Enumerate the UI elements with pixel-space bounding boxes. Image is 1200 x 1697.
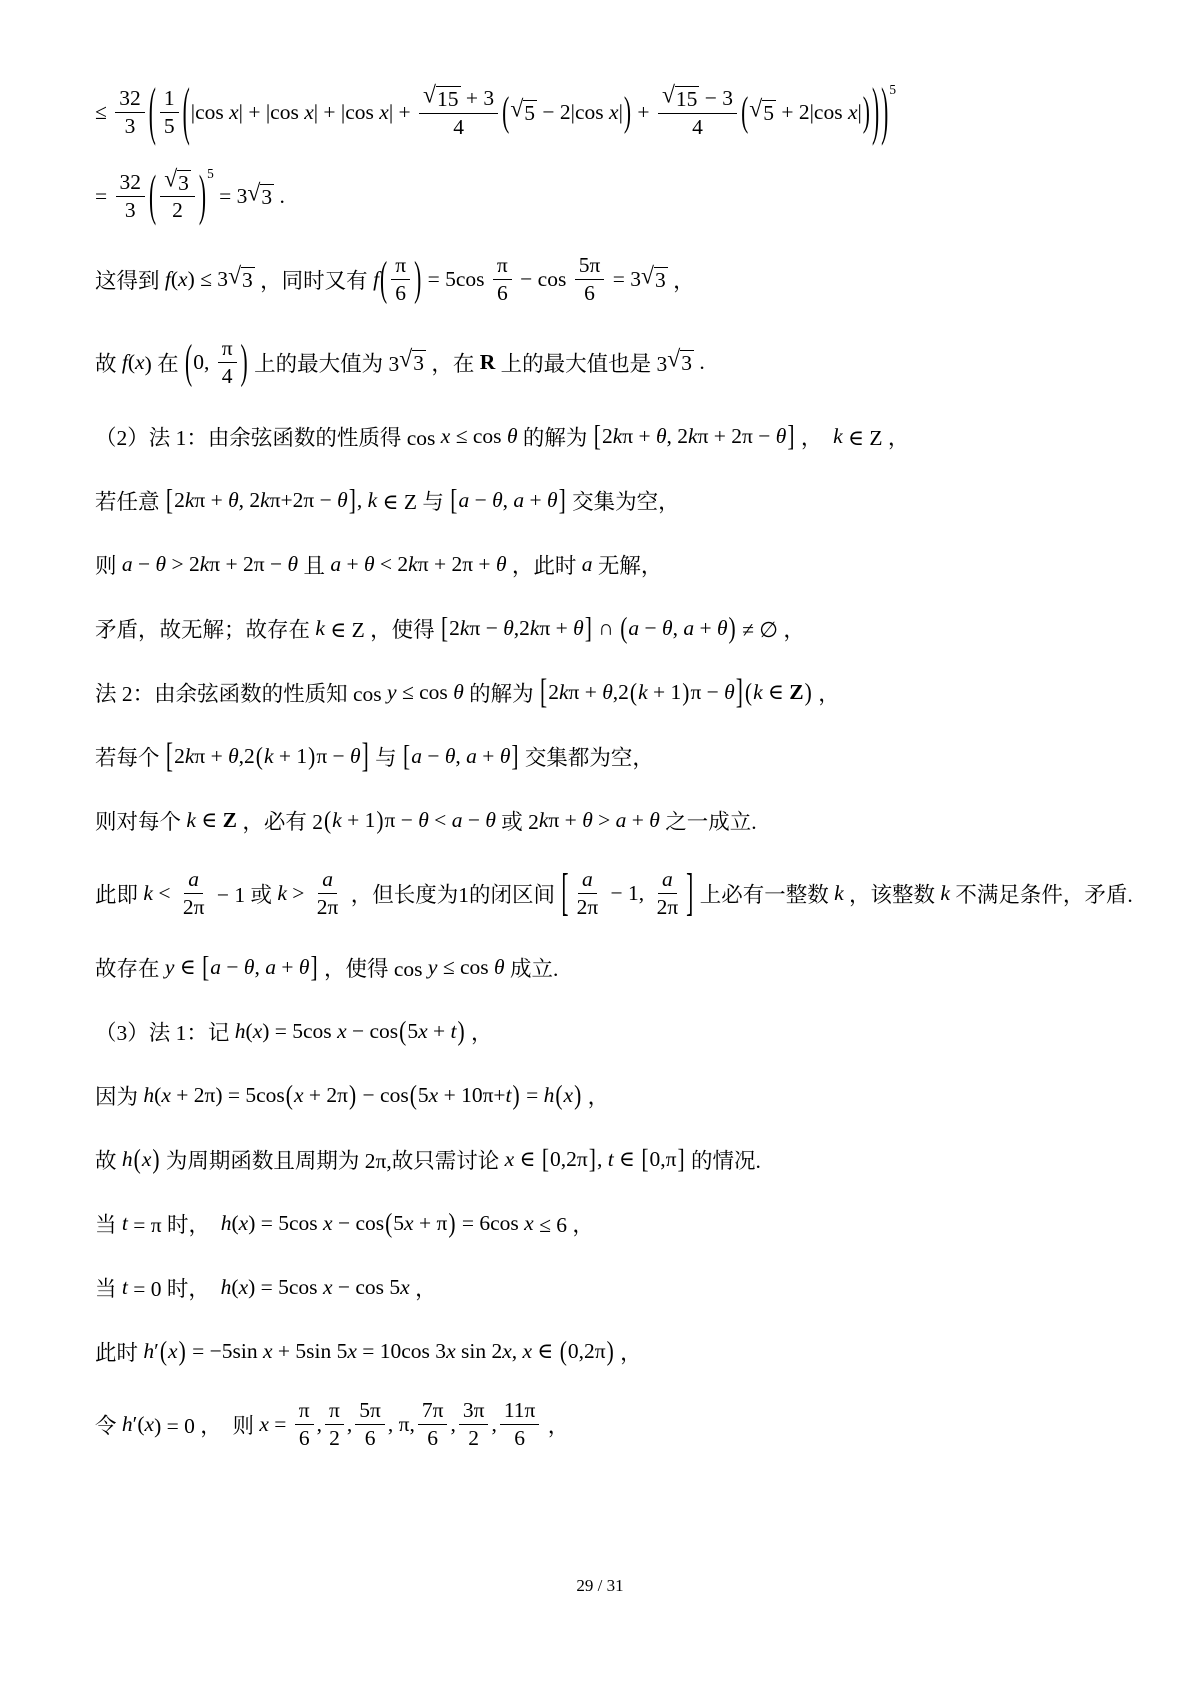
stretched-delimiter: ) xyxy=(307,741,316,771)
math-text: 3 xyxy=(178,171,189,195)
stretched-delimiter: ( xyxy=(744,677,753,707)
fraction-denominator: 6 xyxy=(493,280,512,306)
stretched-delimiter: [ xyxy=(593,419,602,454)
math-text: ∈ Z 与 xyxy=(377,485,449,516)
fraction-denominator: 3 xyxy=(121,113,140,139)
math-text: 32 xyxy=(120,170,142,195)
math-text: ) = 0 ， 则 xyxy=(154,1409,259,1440)
math-variable: k xyxy=(264,744,274,769)
fraction-denominator: 2 xyxy=(464,1425,483,1451)
stretched-delimiter: ( xyxy=(133,1143,142,1176)
stretched-delimiter: ) xyxy=(681,677,690,707)
fraction: π6 xyxy=(493,253,512,306)
fraction: 323 xyxy=(115,86,145,139)
formula-line-18: 当 t = 0 时， h(x) = 5cos x − cos 5x ， xyxy=(95,1270,1130,1304)
stretched-delimiter: ) xyxy=(880,75,889,150)
math-variable: h xyxy=(221,1275,232,1300)
fraction: π2 xyxy=(325,1398,344,1451)
math-text: ， xyxy=(668,264,695,295)
math-variable: x xyxy=(446,1339,456,1364)
math-text: 2 xyxy=(172,198,183,223)
formula-line-11: 则对每个 k ∈ Z ，必有 2(k + 1)π − θ < a − θ 或 2… xyxy=(95,803,1130,837)
math-text: 6 xyxy=(497,281,508,306)
fraction: π6 xyxy=(391,253,410,306)
math-text: ≤ cos xyxy=(397,680,454,705)
math-variable: h xyxy=(235,1019,246,1044)
math-variable: h xyxy=(544,1083,555,1108)
math-text: − xyxy=(133,552,156,577)
math-text: = 0 时， xyxy=(128,1272,221,1303)
fraction: 7π6 xyxy=(418,1398,448,1451)
stretched-delimiter: ( xyxy=(379,252,388,307)
math-variable: θ xyxy=(228,488,239,513)
fraction: 5π6 xyxy=(355,1398,385,1451)
radicand: 5 xyxy=(762,100,776,126)
radicand: 3 xyxy=(241,267,255,293)
fraction-numerator: π xyxy=(493,253,512,280)
math-variable: θ xyxy=(582,808,593,833)
math-variable: x xyxy=(239,1211,249,1236)
fraction: π4 xyxy=(218,336,237,389)
math-variable: x xyxy=(524,1211,534,1236)
math-text: 5 xyxy=(164,114,175,139)
math-variable: x xyxy=(400,1275,410,1300)
math-text: π xyxy=(222,336,233,361)
stretched-delimiter: ( xyxy=(559,1335,568,1368)
math-text: ) = 5cos xyxy=(248,1275,323,1300)
math-text: 2π xyxy=(317,895,339,920)
stretched-delimiter: ) xyxy=(348,1079,357,1112)
math-variable: k xyxy=(753,680,763,705)
math-text: 当 xyxy=(95,1208,122,1239)
math-variable: x xyxy=(502,1339,512,1364)
math-text: π xyxy=(497,253,508,278)
stretched-delimiter: ( xyxy=(148,164,157,229)
math-text: < xyxy=(153,881,176,906)
formula-line-20: 令 h′(x) = 0 ， 则 x = π6,π2,5π6, π,7π6,3π2… xyxy=(95,1398,1130,1451)
math-text: = xyxy=(95,184,113,209)
math-text: 故存在 xyxy=(95,952,165,983)
stretched-delimiter: ( xyxy=(159,1335,168,1368)
stretched-delimiter: ) xyxy=(447,1207,456,1240)
math-variable: k xyxy=(185,744,195,769)
math-text: − 3 xyxy=(699,86,733,111)
math-text: ,2 xyxy=(613,680,629,705)
stretched-delimiter: ( xyxy=(409,1079,418,1112)
math-variable: θ xyxy=(776,424,787,449)
math-text: ， xyxy=(582,1080,609,1111)
math-text: ∈ xyxy=(532,1339,559,1364)
stretched-delimiter: ] xyxy=(510,739,519,774)
math-variable: k xyxy=(332,808,342,833)
math-text: ≤ 6 ， xyxy=(534,1208,594,1239)
math-variable: θ xyxy=(445,744,456,769)
fraction-denominator: 2 xyxy=(168,197,187,223)
stretched-delimiter: ) xyxy=(512,1079,521,1112)
math-text: ∈ Z ，使得 xyxy=(325,613,440,644)
formula-line-14: （3）法 1：记 h(x) = 5cos x − cos(5x + t) ， xyxy=(95,1014,1130,1048)
math-text: ) = 5cos xyxy=(248,1211,323,1236)
math-text: 令 xyxy=(95,1409,122,1440)
fraction-denominator: 2π xyxy=(313,894,343,920)
math-variable: x xyxy=(323,1211,333,1236)
math-variable: θ xyxy=(156,552,167,577)
math-text: 2π xyxy=(657,895,679,920)
math-text: 3 xyxy=(681,351,692,375)
radicand: 5 xyxy=(523,100,537,126)
math-variable: h xyxy=(143,1339,154,1364)
radical-sign-icon: √ xyxy=(510,99,523,123)
math-text: + xyxy=(428,1019,451,1044)
math-variable: a xyxy=(616,808,627,833)
math-text: π − xyxy=(690,680,724,705)
fraction-denominator: 2π xyxy=(179,894,209,920)
math-bold-symbol: Z xyxy=(789,680,803,705)
stretched-delimiter: ) xyxy=(606,1335,615,1368)
math-text: ( xyxy=(231,1275,238,1300)
math-text: ( xyxy=(231,1211,238,1236)
fraction: 5π6 xyxy=(575,253,605,306)
math-variable: k xyxy=(539,808,549,833)
math-variable: x xyxy=(178,267,188,292)
math-variable: k xyxy=(277,881,287,906)
math-text: 与 xyxy=(370,741,402,772)
math-text: − 1, xyxy=(605,881,649,906)
stretched-delimiter: ] xyxy=(588,1143,597,1176)
math-variable: x xyxy=(304,100,314,125)
math-text: 32 xyxy=(119,86,141,111)
math-variable: y xyxy=(165,955,175,980)
math-variable: x xyxy=(418,1019,428,1044)
math-variable: θ xyxy=(547,488,558,513)
math-text: , xyxy=(357,488,368,513)
math-text: > 2 xyxy=(166,552,200,577)
formula-line-15: 因为 h(x + 2π) = 5cos(x + 2π) − cos(5x + 1… xyxy=(95,1078,1130,1112)
radical-sign-icon: √ xyxy=(164,168,177,192)
math-text: − cos xyxy=(333,1211,385,1236)
math-variable: a xyxy=(411,744,422,769)
radical: √5 xyxy=(749,100,776,126)
stretched-delimiter: ( xyxy=(554,1079,563,1112)
math-text: ，此时 xyxy=(507,549,582,580)
math-text: 4 xyxy=(222,364,233,389)
radicand: 3 xyxy=(412,350,426,376)
fraction: a2π xyxy=(573,867,603,920)
math-variable: k xyxy=(143,881,153,906)
radical-sign-icon: √ xyxy=(399,349,412,373)
radical: √15 xyxy=(423,86,460,112)
math-text: 3 xyxy=(242,268,253,292)
math-variable: x xyxy=(253,1019,263,1044)
stretched-delimiter: ( xyxy=(629,677,638,707)
fraction-denominator: 2π xyxy=(573,894,603,920)
math-text: 5 xyxy=(524,101,535,125)
math-variable: x xyxy=(142,1147,152,1172)
math-text: 故 xyxy=(95,1144,122,1175)
math-text: − cos xyxy=(347,1019,399,1044)
math-variable: k xyxy=(315,616,325,641)
math-variable: x xyxy=(161,1083,171,1108)
math-text: , 2 xyxy=(667,424,689,449)
math-text: , xyxy=(347,1412,352,1437)
math-variable: θ xyxy=(228,744,239,769)
math-variable: x xyxy=(609,100,619,125)
math-text: ∈ xyxy=(514,1147,541,1172)
math-text: 矛盾，故无解；故存在 xyxy=(95,613,315,644)
math-text: π − xyxy=(316,744,350,769)
stretched-delimiter: ) xyxy=(728,611,737,646)
fraction: √15 − 34 xyxy=(658,86,737,140)
math-text: ∈ Z ， xyxy=(843,421,910,452)
stretched-delimiter: ) xyxy=(375,805,384,835)
stretched-delimiter: ) xyxy=(871,75,880,150)
stretched-delimiter: [ xyxy=(402,739,411,774)
math-variable: θ xyxy=(364,552,375,577)
math-text: − xyxy=(639,616,662,641)
math-variable: h xyxy=(122,1147,133,1172)
stretched-delimiter: ) xyxy=(240,335,249,390)
math-bold-symbol: R xyxy=(480,350,496,375)
fraction-denominator: 6 xyxy=(423,1425,442,1451)
math-variable: a xyxy=(188,867,199,892)
math-text: 若任意 xyxy=(95,485,165,516)
math-text: 0,π xyxy=(650,1147,677,1172)
formula-line-6: 若任意 [2kπ + θ, 2kπ+2π − θ], k ∈ Z 与 [a − … xyxy=(95,483,1130,517)
math-text: > xyxy=(593,808,616,833)
math-variable: x xyxy=(259,1412,269,1437)
math-text: 这得到 xyxy=(95,264,165,295)
math-text: , xyxy=(597,1147,608,1172)
math-text: sin 2 xyxy=(456,1339,503,1364)
fraction-numerator: a xyxy=(318,867,337,894)
math-text: 交集都为空， xyxy=(520,741,654,772)
stretched-delimiter: ] xyxy=(685,864,694,924)
radical: √3 xyxy=(164,170,191,196)
stretched-delimiter: ( xyxy=(384,1207,393,1240)
page-number: 29 / 31 xyxy=(0,1576,1200,1596)
math-text: = 6cos xyxy=(457,1211,525,1236)
math-text: ,2 xyxy=(239,744,255,769)
math-text: ≤ cos xyxy=(437,955,494,980)
math-text: 2π xyxy=(183,895,205,920)
math-text: , xyxy=(503,488,514,513)
math-text: = 3 xyxy=(607,267,641,292)
stretched-delimiter: [ xyxy=(449,483,458,518)
math-text: ∈ xyxy=(614,1147,641,1172)
math-variable: a xyxy=(582,552,593,577)
stretched-delimiter: ] xyxy=(677,1143,686,1176)
math-text: = −5sin xyxy=(187,1339,263,1364)
math-variable: x xyxy=(294,1083,304,1108)
math-variable: a xyxy=(683,616,694,641)
math-variable: y xyxy=(428,955,438,980)
math-text: ∈ xyxy=(763,680,790,705)
fraction-numerator: √15 + 3 xyxy=(419,86,498,114)
math-text: ，该整数 xyxy=(844,878,941,909)
math-text: 5π xyxy=(359,1398,381,1423)
math-variable: k xyxy=(940,881,950,906)
math-text: 当 xyxy=(95,1272,122,1303)
math-text: + xyxy=(341,552,364,577)
fraction-numerator: a xyxy=(578,867,597,894)
math-text: 5 xyxy=(393,1211,404,1236)
fraction-numerator: 5π xyxy=(575,253,605,280)
fraction-numerator: π xyxy=(295,1398,314,1425)
math-text: 2 xyxy=(602,424,613,449)
math-text: π+2π − xyxy=(270,488,337,513)
math-text: 2 xyxy=(449,616,460,641)
math-variable: x xyxy=(505,1147,515,1172)
stretched-delimiter: ( xyxy=(323,805,332,835)
radical-sign-icon: √ xyxy=(247,182,260,206)
math-variable: θ xyxy=(503,616,514,641)
math-text: − cos xyxy=(357,1083,409,1108)
math-text: ∈ xyxy=(174,955,201,980)
math-variable: h xyxy=(122,1412,133,1437)
fraction: √15 + 34 xyxy=(419,86,498,140)
fraction: a2π xyxy=(313,867,343,920)
math-text: = 5cos xyxy=(422,267,490,292)
formula-line-1: ≤ 323(15(|cos x| + |cos x| + |cos x| + √… xyxy=(95,86,1130,140)
math-text: 11π xyxy=(504,1398,536,1423)
math-text: ， xyxy=(615,1336,642,1367)
math-variable: θ xyxy=(602,680,613,705)
math-variable: k xyxy=(833,424,843,449)
math-text: 或 2 xyxy=(496,805,539,836)
math-text: ∩ xyxy=(593,616,619,641)
fraction-denominator: 6 xyxy=(361,1425,380,1451)
stretched-delimiter: ] xyxy=(786,419,795,454)
math-text: 3 xyxy=(413,351,424,375)
math-text: π + 2π − xyxy=(698,424,776,449)
math-text: （2）法 1：由余弦函数的性质得 cos xyxy=(95,421,441,452)
math-text: π + 2π + xyxy=(418,552,496,577)
radicand: 3 xyxy=(177,170,191,196)
formula-line-9: 法 2：由余弦函数的性质知 cos y ≤ cos θ 的解为 [2kπ + θ… xyxy=(95,675,1130,709)
fraction-denominator: 2π xyxy=(653,894,683,920)
fraction-numerator: 7π xyxy=(418,1398,448,1425)
math-text: 上必有一整数 xyxy=(694,878,834,909)
radical-sign-icon: √ xyxy=(423,85,436,109)
math-variable: k xyxy=(834,881,844,906)
math-variable: a xyxy=(322,867,333,892)
math-text: − cos 5 xyxy=(332,1275,400,1300)
math-variable: θ xyxy=(507,424,518,449)
math-variable: θ xyxy=(494,955,505,980)
math-variable: k xyxy=(185,488,195,513)
math-text: 5 xyxy=(207,166,214,181)
radical: √3 xyxy=(641,267,668,293)
stretched-delimiter: ) xyxy=(198,164,207,229)
fraction: √32 xyxy=(160,170,195,224)
radicand: 3 xyxy=(680,350,694,376)
radical-sign-icon: √ xyxy=(667,349,680,373)
math-text: ， xyxy=(796,421,834,452)
math-variable: θ xyxy=(418,808,429,833)
radicand: 3 xyxy=(260,184,274,210)
math-text: 成立. xyxy=(505,952,559,983)
math-text: . xyxy=(694,350,705,375)
math-text: 2 xyxy=(174,744,185,769)
math-text: + xyxy=(626,808,649,833)
math-text: , xyxy=(491,1412,496,1437)
math-text: π + xyxy=(622,424,656,449)
math-variable: k xyxy=(460,616,470,641)
math-text: π + xyxy=(539,616,573,641)
math-variable: x xyxy=(337,1019,347,1044)
stretched-delimiter: ) xyxy=(862,89,871,137)
math-variable: a xyxy=(513,488,524,513)
math-text: > xyxy=(287,881,310,906)
math-variable: θ xyxy=(573,616,584,641)
math-variable: θ xyxy=(337,488,348,513)
fraction: 11π6 xyxy=(500,1398,540,1451)
math-text: + 1 xyxy=(648,680,682,705)
formula-line-19: 此时 h′(x) = −5sin x + 5sin 5x = 10cos 3x … xyxy=(95,1334,1130,1368)
radical: √15 xyxy=(662,86,699,112)
math-text: 2 xyxy=(329,1426,340,1451)
math-variable: k xyxy=(530,616,540,641)
formula-line-8: 矛盾，故无解；故存在 k ∈ Z ，使得 [2kπ − θ,2kπ + θ] ∩… xyxy=(95,611,1130,645)
fraction-numerator: a xyxy=(184,867,203,894)
math-text: π + 2π − xyxy=(209,552,287,577)
math-variable: x xyxy=(441,424,451,449)
stretched-delimiter: [ xyxy=(539,672,548,712)
stretched-delimiter: ) xyxy=(413,252,422,307)
stretched-delimiter: [ xyxy=(165,483,174,518)
math-text: ，使得 cos xyxy=(319,952,428,983)
math-text: ) 在 xyxy=(145,347,184,378)
fraction-numerator: π xyxy=(391,253,410,280)
math-variable: θ xyxy=(453,680,464,705)
math-text: + 3 xyxy=(461,86,495,111)
math-variable: θ xyxy=(649,808,660,833)
math-text: , xyxy=(673,616,684,641)
radical-sign-icon: √ xyxy=(749,99,762,123)
math-variable: x xyxy=(848,100,858,125)
math-text: 6 xyxy=(365,1426,376,1451)
fraction-numerator: √3 xyxy=(160,170,195,198)
math-text: 无解， xyxy=(593,549,663,580)
math-text: + 1 xyxy=(342,808,376,833)
math-text: − 1 或 xyxy=(211,878,277,909)
math-text: 不满足条件，矛盾. xyxy=(950,878,1133,909)
stretched-delimiter: ( xyxy=(619,611,628,646)
math-variable: θ xyxy=(500,744,511,769)
math-text: | + |cos xyxy=(239,100,305,125)
math-variable: x xyxy=(168,1339,178,1364)
fraction: 323 xyxy=(116,170,146,223)
fraction-denominator: 4 xyxy=(688,114,707,140)
math-variable: a xyxy=(265,955,276,980)
math-text: 6 xyxy=(514,1426,525,1451)
math-text: , xyxy=(512,1339,523,1364)
math-text: + 2|cos xyxy=(776,100,848,125)
stretched-delimiter: [ xyxy=(541,1143,550,1176)
math-text: = 10cos 3 xyxy=(357,1339,446,1364)
math-text: ，在 xyxy=(426,347,480,378)
math-variable: a xyxy=(466,744,477,769)
math-text: . xyxy=(274,184,285,209)
math-variable: x xyxy=(523,1339,533,1364)
formula-line-5: （2）法 1：由余弦函数的性质得 cos x ≤ cos θ 的解为 [2kπ … xyxy=(95,419,1130,453)
math-text: 2 xyxy=(468,1426,479,1451)
math-text: 15 xyxy=(437,87,459,111)
math-variable: θ xyxy=(288,552,299,577)
stretched-delimiter: ( xyxy=(501,89,510,137)
math-variable: x xyxy=(429,1083,439,1108)
fraction-numerator: 3π xyxy=(459,1398,489,1425)
